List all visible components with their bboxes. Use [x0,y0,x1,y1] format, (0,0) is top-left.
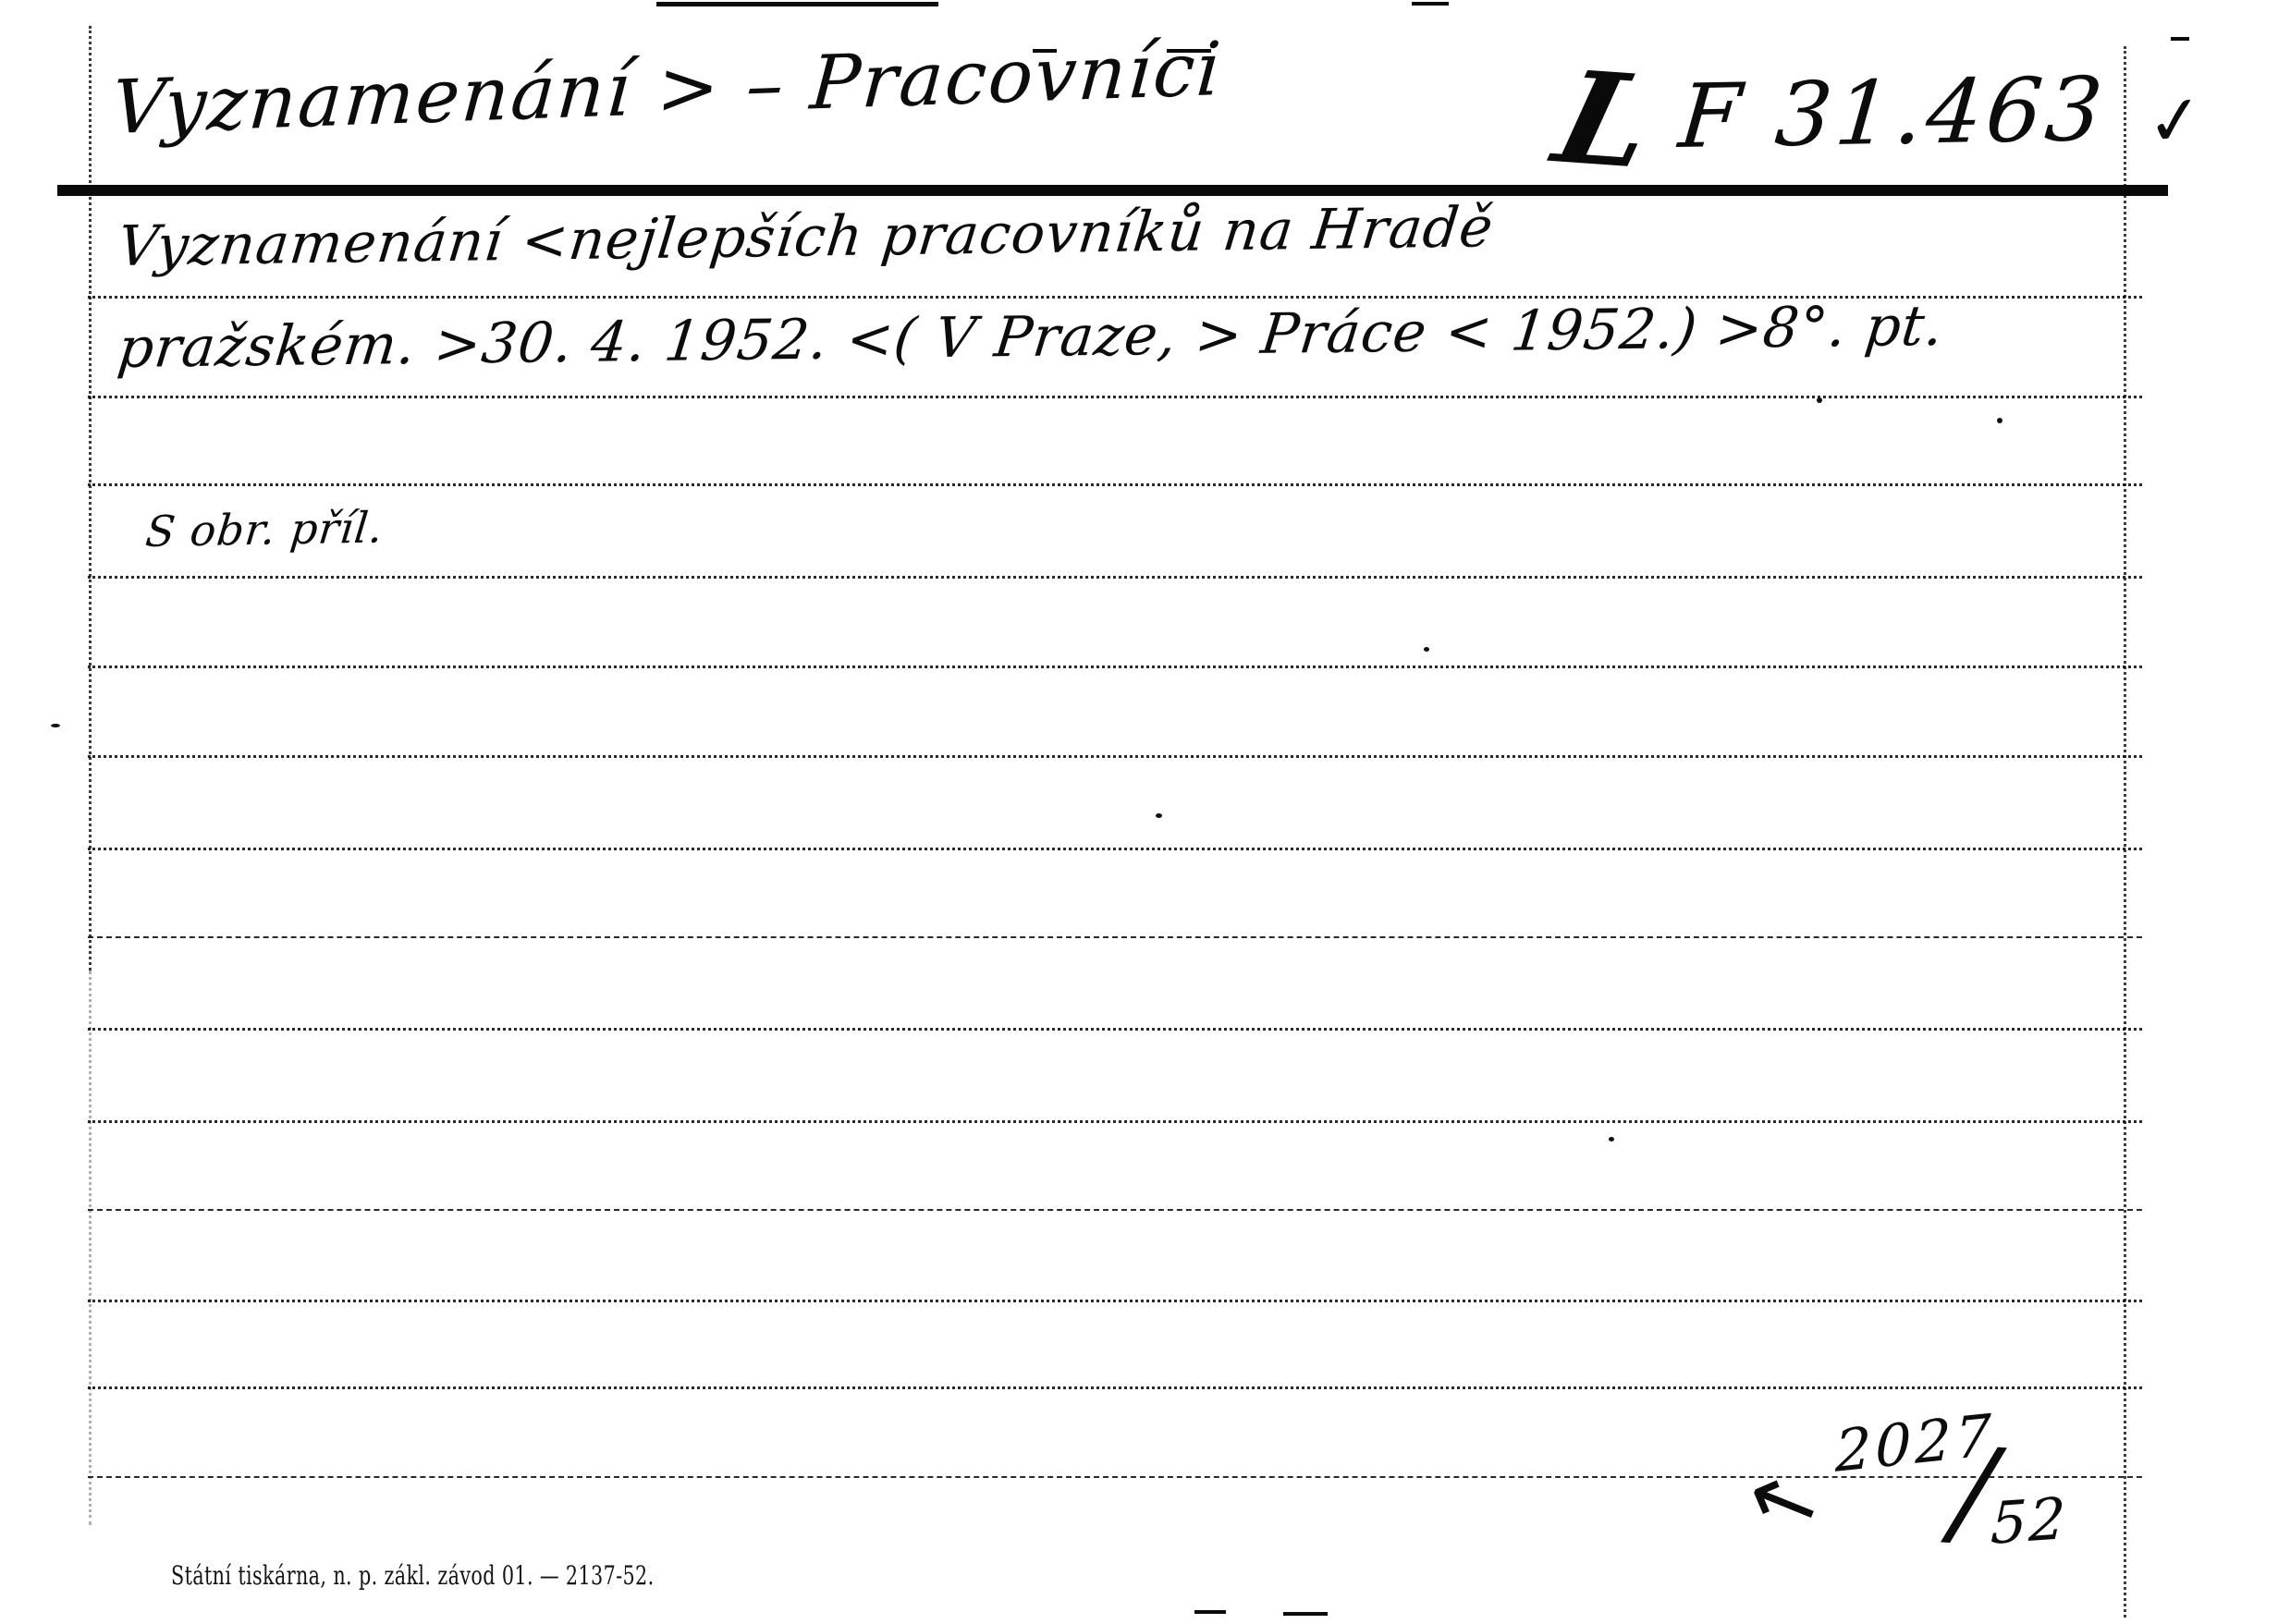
ruled-line [88,1476,2142,1478]
ruled-line [88,1209,2142,1211]
entry-note: S obr. příl. [143,502,386,556]
ruled-line [88,1120,2142,1123]
ruled-line [88,1386,2142,1389]
ruled-line [88,848,2142,850]
accession-arrow-icon: ← [1733,1441,1837,1559]
left-margin-rule [89,26,92,971]
scan-artifact-dash [1412,2,1449,6]
subject-heading: Vyznamenání > – Pracovníci [109,26,1225,151]
ruled-line [88,1028,2142,1031]
ruled-line [88,665,2142,668]
call-number-mark: L [1542,43,1669,197]
scan-artifact-top-line [656,2,938,6]
accession-year: 52 [1990,1484,2068,1557]
ruled-line [88,1300,2142,1302]
scan-speck [1609,1137,1614,1142]
entry-title-line-1: Vyznamenání <nejlepších pracovníků na Hr… [115,195,1497,279]
right-margin-rule [2124,46,2126,1618]
scan-artifact-dash [2171,37,2189,41]
ruled-line [88,936,2142,938]
scan-speck [1997,418,2002,423]
entry-title-line-2: pražském. >30. 4. 1952. <( V Praze, > Pr… [115,294,1947,381]
scan-speck [1156,813,1162,818]
left-margin-rule-faint [89,971,92,1525]
ruled-line [88,576,2142,579]
ruled-line [88,483,2142,486]
check-mark: ✓ [2143,79,2209,164]
call-number: F 31.463 [1675,59,2110,168]
printer-imprint: Státní tiskárna, n. p. zákl. závod 01. —… [171,1560,655,1591]
ruled-line [88,396,2142,398]
heading-divider-rule [57,185,2168,196]
scan-speck [51,724,60,727]
scan-artifact-dash [1194,1610,1226,1614]
scan-artifact-dash [1283,1612,1328,1616]
catalog-card-scan: Vyznamenání > – Pracovníci L F 31.463 ✓ … [0,0,2278,1624]
scan-speck [1424,647,1429,652]
ruled-line [88,755,2142,758]
